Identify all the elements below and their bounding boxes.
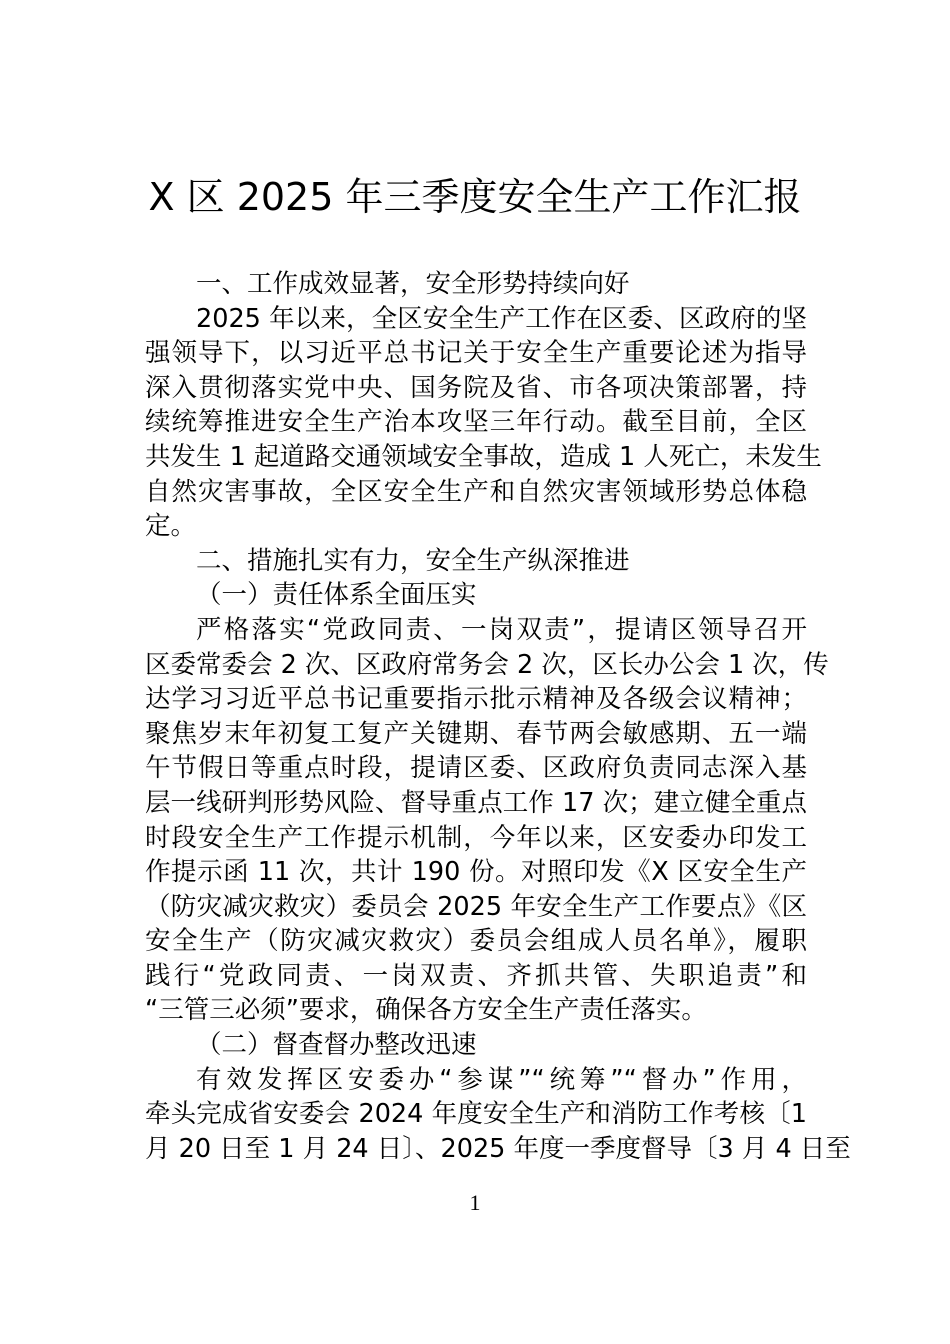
paragraph-line: 定。	[145, 509, 807, 544]
document-body: 一、工作成效显著，安全形势持续向好 2025 年以来，全区安全生产工作在区委、区…	[145, 267, 807, 1166]
paragraph-line: 层一线研判形势风险、督导重点工作 17 次；建立健全重点	[145, 786, 807, 821]
paragraph-line: （防灾减灾救灾）委员会 2025 年安全生产工作要点》《区	[145, 890, 807, 925]
section-heading-2: 二、措施扎实有力，安全生产纵深推进	[145, 544, 807, 579]
paragraph-line: 自然灾害事故，全区安全生产和自然灾害领域形势总体稳	[145, 475, 807, 510]
paragraph-line: 区委常委会 2 次、区政府常务会 2 次，区长办公会 1 次，传	[145, 648, 807, 683]
paragraph-line: 牵头完成省安委会 2024 年度安全生产和消防工作考核〔1	[145, 1097, 807, 1132]
paragraph-line: 安全生产（防灾减灾救灾）委员会组成人员名单》，履职	[145, 924, 807, 959]
paragraph-line: 严格落实“党政同责、一岗双责”，提请区领导召开	[145, 613, 807, 648]
paragraph-line: 强领导下，以习近平总书记关于安全生产重要论述为指导	[145, 336, 807, 371]
paragraph-line: 午节假日等重点时段，提请区委、区政府负责同志深入基	[145, 751, 807, 786]
page-number: 1	[0, 1188, 950, 1218]
paragraph-line: 聚焦岁末年初复工复产关键期、春节两会敏感期、五一端	[145, 717, 807, 752]
paragraph-line: 续统筹推进安全生产治本攻坚三年行动。截至目前，全区	[145, 405, 807, 440]
paragraph-line: 达学习习近平总书记重要指示批示精神及各级会议精神；	[145, 682, 807, 717]
document-title: X 区 2025 年三季度安全生产工作汇报	[0, 170, 950, 224]
subsection-heading-2: （二）督查督办整改迅速	[145, 1028, 807, 1063]
paragraph-line: 月 20 日至 1 月 24 日〕、2025 年度一季度督导〔3 月 4 日至	[145, 1132, 807, 1167]
paragraph-line: 深入贯彻落实党中央、国务院及省、市各项决策部署，持	[145, 371, 807, 406]
paragraph-line: 共发生 1 起道路交通领域安全事故，造成 1 人死亡，未发生	[145, 440, 807, 475]
section-heading-1: 一、工作成效显著，安全形势持续向好	[145, 267, 807, 302]
document-page: X 区 2025 年三季度安全生产工作汇报 一、工作成效显著，安全形势持续向好 …	[0, 0, 950, 1344]
subsection-heading-1: （一）责任体系全面压实	[145, 578, 807, 613]
paragraph-line: 有效发挥区安委办“参谋”“统筹”“督办”作用，	[145, 1063, 807, 1098]
paragraph-line: 作提示函 11 次，共计 190 份。对照印发《X 区安全生产	[145, 855, 807, 890]
paragraph-line: 2025 年以来，全区安全生产工作在区委、区政府的坚	[145, 302, 807, 337]
paragraph-line: 践行“党政同责、一岗双责、齐抓共管、失职追责”和	[145, 959, 807, 994]
paragraph-line: “三管三必须”要求，确保各方安全生产责任落实。	[145, 993, 807, 1028]
paragraph-line: 时段安全生产工作提示机制，今年以来，区安委办印发工	[145, 821, 807, 856]
